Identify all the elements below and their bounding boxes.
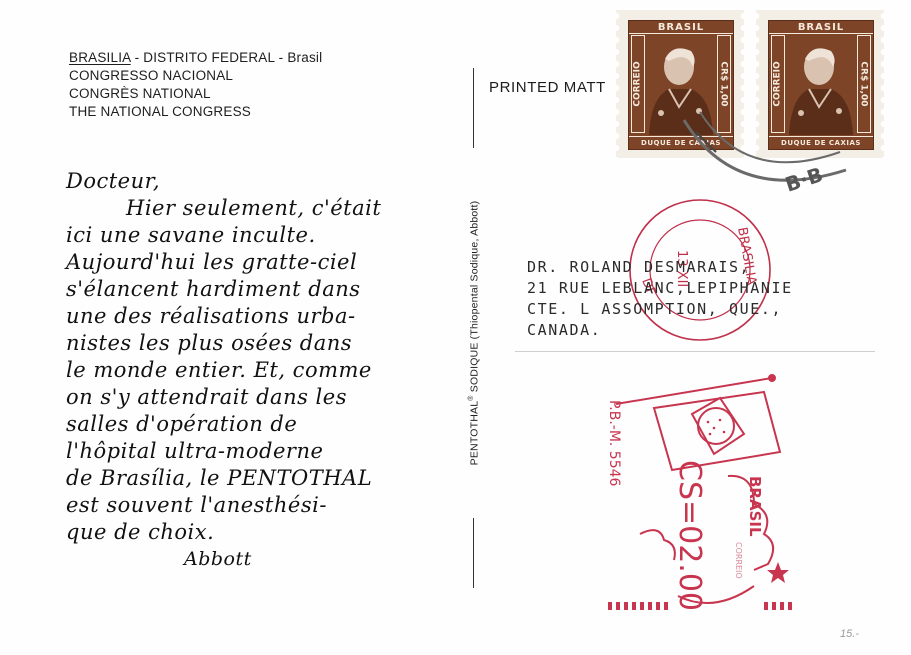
message-line: Docteur, (66, 168, 456, 195)
stamp-country: BRASIL (769, 21, 873, 34)
message-line: nistes les plus osées dans (66, 330, 456, 357)
message-line: Hier seulement, c'était (66, 195, 456, 222)
postcard-back: BRASILIA - DISTRITO FEDERAL - Brasil CON… (0, 0, 911, 655)
divider-rule (473, 518, 474, 588)
svg-text:B·B: B·B (782, 162, 826, 197)
address-line: 21 RUE LEBLANC,LEPIPHANIE (527, 278, 793, 299)
message-line: ici une savane inculte. (66, 222, 456, 249)
svg-text:P.B.-M. 5546: P.B.-M. 5546 (606, 400, 622, 487)
message-line: le monde entier. Et, comme (66, 357, 456, 384)
message-line: l'hôpital ultra-moderne (66, 438, 456, 465)
svg-text:CS=02.00: CS=02.00 (672, 460, 707, 611)
pencil-note: 15.- (840, 628, 859, 640)
message-line: est souvent l'anesthési- (66, 492, 456, 519)
message-line: que de choix. (66, 519, 456, 546)
handwritten-message: Docteur, Hier seulement, c'était ici une… (66, 168, 456, 573)
caption-place: BRASILIA (69, 50, 131, 65)
meter-stamp-icon: P.B.-M. 5546 CS=02.00 BRASIL CORREIO (604, 364, 800, 614)
message-signature: Abbott (66, 546, 456, 573)
message-line: on s'y attendrait dans les (66, 384, 456, 411)
address-line: CANADA. (527, 320, 793, 341)
caption-block: BRASILIA - DISTRITO FEDERAL - Brasil CON… (69, 49, 322, 121)
svg-text:CORREIO: CORREIO (734, 542, 743, 579)
caption-english: THE NATIONAL CONGRESS (69, 103, 322, 121)
message-line: de Brasília, le PENTOTHAL (66, 465, 456, 492)
divider-rule (473, 68, 474, 148)
svg-text:BRASIL: BRASIL (746, 476, 764, 537)
message-line: une des réalisations urba- (66, 303, 456, 330)
address-label-edge (515, 351, 875, 352)
stamp-country: BRASIL (629, 21, 733, 34)
recipient-address: DR. ROLAND DESMARAIS, 21 RUE LEBLANC,LEP… (527, 257, 793, 341)
caption-country: Brasil (287, 50, 322, 65)
message-line: s'élancent hardiment dans (66, 276, 456, 303)
stamp-left-label: CORREIO (633, 61, 643, 106)
message-line: salles d'opération de (66, 411, 456, 438)
message-line: Aujourd'hui les gratte-ciel (66, 249, 456, 276)
caption-portuguese: CONGRESSO NACIONAL (69, 67, 322, 85)
caption-district: DISTRITO FEDERAL (143, 50, 274, 65)
caption-location: BRASILIA - DISTRITO FEDERAL - Brasil (69, 49, 322, 67)
caption-french: CONGRÈS NATIONAL (69, 85, 322, 103)
address-line: CTE. L ASSOMPTION, QUE., (527, 299, 793, 320)
divider-product-text: PENTOTHAL® SODIQUE (Thiopental Sodique, … (468, 201, 481, 466)
address-line: DR. ROLAND DESMARAIS, (527, 257, 793, 278)
printed-matter-label: PRINTED MATT (489, 79, 606, 96)
center-divider: PENTOTHAL® SODIQUE (Thiopental Sodique, … (466, 68, 482, 588)
